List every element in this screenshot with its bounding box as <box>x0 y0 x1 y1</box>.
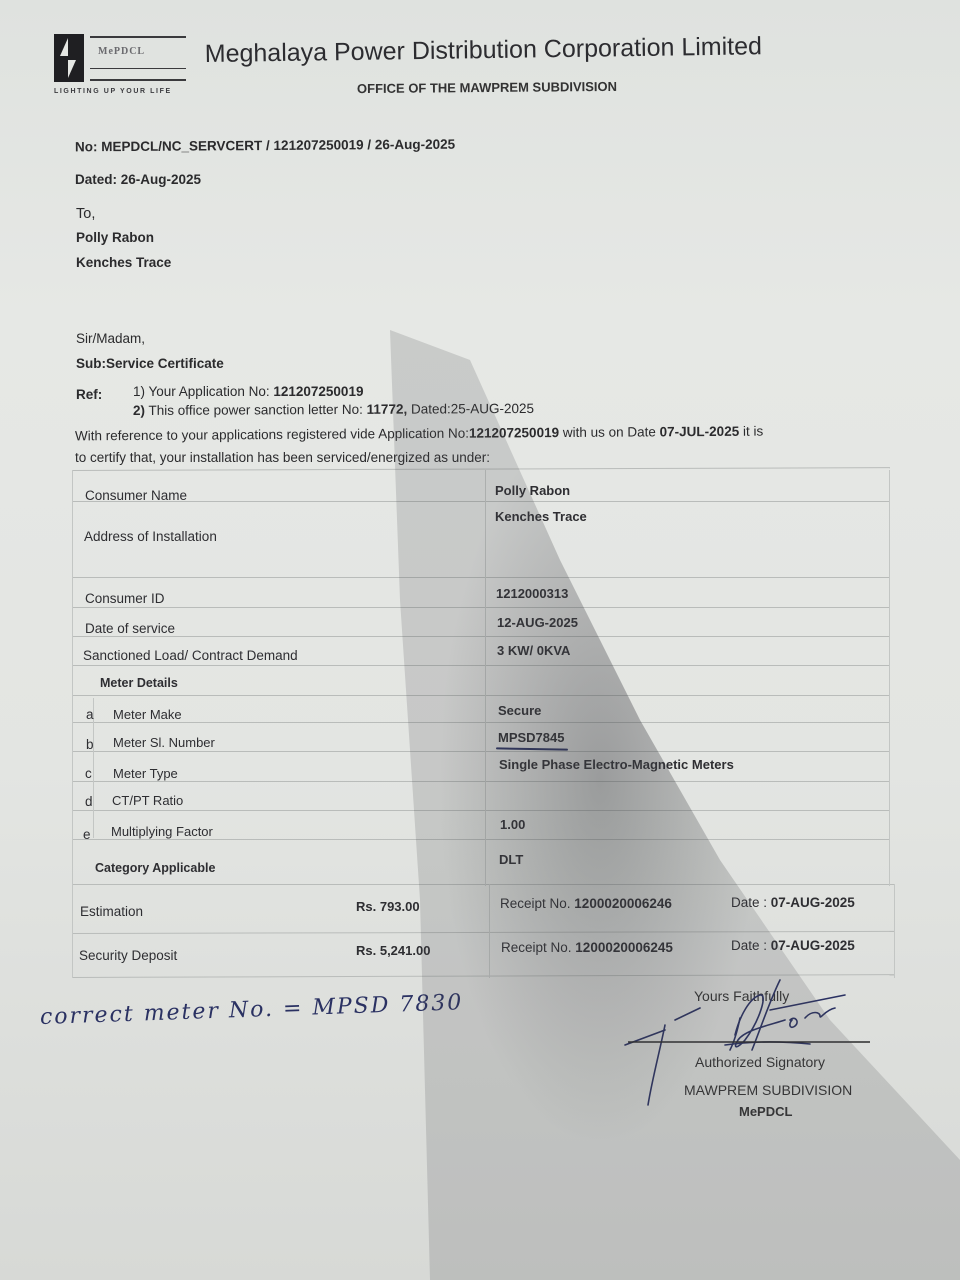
body-registration-date: 07-JUL-2025 <box>660 424 740 440</box>
meter-details-heading: Meter Details <box>100 676 178 690</box>
meter-type-label: Meter Type <box>113 766 178 781</box>
multiplying-factor-label: Multiplying Factor <box>111 824 213 839</box>
meter-make-label: Meter Make <box>113 707 182 722</box>
meter-make-value: Secure <box>498 703 541 718</box>
receipt-date: 07-AUG-2025 <box>771 895 855 910</box>
sanction-letter-date: Dated:25-AUG-2025 <box>407 401 534 417</box>
sanction-letter-number: 11772, <box>367 402 408 417</box>
ref-item-1: 1) Your Application No: 121207250019 <box>133 384 363 399</box>
body-text: with us on Date <box>559 424 660 440</box>
signatory-office: MAWPREM SUBDIVISION <box>684 1082 852 1098</box>
ref-item-2: 2) This office power sanction letter No:… <box>133 401 534 418</box>
addressee-name: Polly Rabon <box>76 230 154 245</box>
meter-serial-label: Meter Sl. Number <box>113 735 215 750</box>
logo-text: MePDCL <box>98 46 145 57</box>
reference-number: No: MEPDCL/NC_SERVCERT / 121207250019 / … <box>75 137 455 155</box>
letter-date: Dated: 26-Aug-2025 <box>75 172 201 187</box>
address-value: Kenches Trace <box>495 509 587 524</box>
meter-row-key: b <box>86 737 94 752</box>
consumer-id-value: 1212000313 <box>496 586 568 601</box>
multiplying-factor-value: 1.00 <box>500 817 525 832</box>
logo-rule <box>90 36 186 38</box>
meter-serial-value: MPSD7845 <box>498 730 564 745</box>
meter-row-key: c <box>85 766 92 781</box>
ref-2-text: This office power sanction letter No: <box>145 402 367 418</box>
body-text: With reference to your applications regi… <box>75 426 469 444</box>
sanctioned-load-label: Sanctioned Load/ Contract Demand <box>83 648 298 663</box>
application-number: 121207250019 <box>273 384 363 399</box>
security-deposit-amount: Rs. 5,241.00 <box>356 943 430 958</box>
meter-row-key: d <box>85 794 93 809</box>
ref-1-text: 1) Your Application No: <box>133 384 273 399</box>
body-text: it is <box>739 424 763 439</box>
logo-rule <box>90 79 186 81</box>
mepdcl-logo-icon <box>54 34 84 82</box>
address-label: Address of Installation <box>84 529 217 544</box>
subject-line: Sub:Service Certificate <box>76 356 224 371</box>
date-label: Date : <box>731 895 771 910</box>
sanctioned-load-value: 3 KW/ 0KVA <box>497 643 570 658</box>
signatory-title: Authorized Signatory <box>695 1054 825 1070</box>
body-application-number: 121207250019 <box>469 425 559 441</box>
body-paragraph-line-2: to certify that, your installation has b… <box>75 450 490 465</box>
meter-type-value: Single Phase Electro-Magnetic Meters <box>499 757 734 772</box>
logo-tagline: LIGHTING UP YOUR LIFE <box>54 88 172 95</box>
date-of-service-label: Date of service <box>85 621 175 636</box>
category-value: DLT <box>499 852 523 867</box>
security-deposit-receipt: Receipt No. 1200020006245 <box>501 940 673 955</box>
security-deposit-date: Date : 07-AUG-2025 <box>731 938 855 953</box>
category-label: Category Applicable <box>95 861 215 875</box>
meter-row-key: a <box>86 707 94 722</box>
addressee-address: Kenches Trace <box>76 255 171 270</box>
ref-2-index: 2) <box>133 403 145 418</box>
estimation-receipt: Receipt No. 1200020006246 <box>500 896 672 911</box>
estimation-date: Date : 07-AUG-2025 <box>731 895 855 910</box>
security-deposit-label: Security Deposit <box>79 948 177 963</box>
signatory-org: MePDCL <box>739 1104 792 1119</box>
logo-rule <box>90 68 186 69</box>
office-name: OFFICE OF THE MAWPREM SUBDIVISION <box>357 79 617 96</box>
receipt-number: 1200020006245 <box>575 940 673 955</box>
date-label: Date : <box>731 938 771 953</box>
consumer-id-label: Consumer ID <box>85 591 165 606</box>
receipt-label: Receipt No. <box>500 896 574 911</box>
estimation-amount: Rs. 793.00 <box>356 899 420 914</box>
ct-pt-ratio-label: CT/PT Ratio <box>112 793 183 808</box>
estimation-label: Estimation <box>80 904 143 919</box>
date-of-service-value: 12-AUG-2025 <box>497 615 578 630</box>
receipt-label: Receipt No. <box>501 940 575 955</box>
meter-row-key: e <box>83 827 91 842</box>
salutation: Sir/Madam, <box>76 331 145 346</box>
consumer-name-label: Consumer Name <box>85 488 187 503</box>
ref-label: Ref: <box>76 387 102 402</box>
to-label: To, <box>76 206 95 222</box>
consumer-name-value: Polly Rabon <box>495 483 570 498</box>
receipt-date: 07-AUG-2025 <box>771 938 855 953</box>
receipt-number: 1200020006246 <box>574 896 672 911</box>
